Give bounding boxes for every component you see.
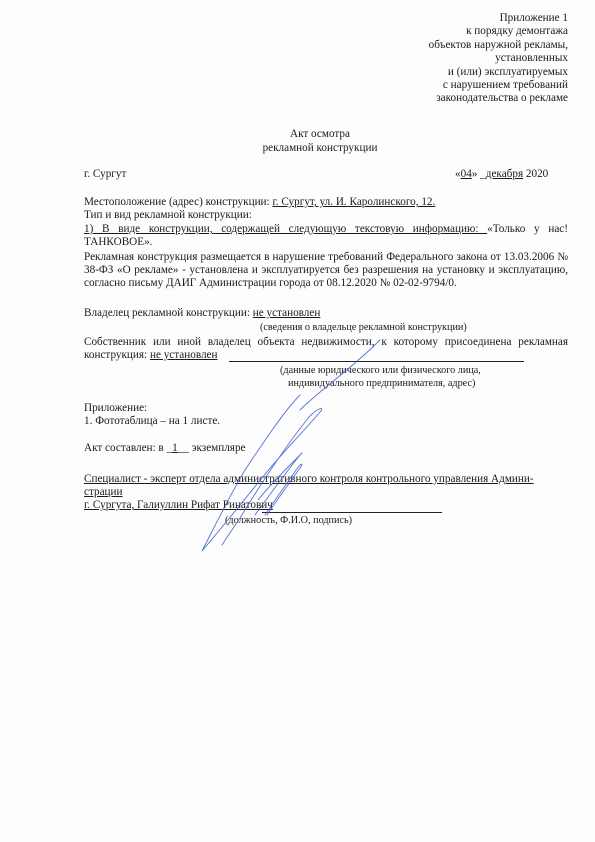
- owner-row: Владелец рекламной конструкции: не устан…: [84, 307, 320, 320]
- owner-value: не установлен: [253, 307, 321, 319]
- owner-caption: (сведения о владельце рекламной конструк…: [260, 321, 467, 334]
- copies-row: Акт составлен: в _1__ экземпляре: [84, 442, 246, 455]
- attachment-item: 1. Фототаблица – на 1 листе.: [84, 415, 220, 428]
- document-title: Акт осмотра рекламной конструкции: [0, 128, 595, 155]
- attachments-label: Приложение:: [84, 402, 147, 415]
- property-owner-caption-1: (данные юридического или физического лиц…: [280, 364, 481, 377]
- copies-suffix: __ экземпляре: [178, 442, 246, 454]
- appendix-line: установленных: [429, 52, 568, 65]
- signature-fill-line: [262, 512, 442, 513]
- type-description-underlined: 1) В виде конструкции, содержащей следую…: [84, 223, 487, 235]
- inspector-name: г. Сургута, Галиуллин Рифат Ринатович: [84, 499, 273, 512]
- appendix-line: к порядку демонтажа: [429, 25, 568, 38]
- copies-prefix: Акт составлен: в _: [84, 442, 172, 454]
- title-line-2: рекламной конструкции: [0, 142, 595, 156]
- type-label: Тип и вид рекламной конструкции:: [84, 209, 252, 222]
- inspector-position-line-2: страции: [84, 486, 123, 499]
- date-close-quote: » _: [472, 168, 486, 180]
- property-owner-caption-2: индивидуального предпринимателя, адрес): [288, 377, 475, 390]
- document-page: Приложение 1 к порядку демонтажа объекто…: [0, 0, 595, 842]
- appendix-line: с нарушением требований: [429, 79, 568, 92]
- city-label: г. Сургут: [84, 168, 126, 181]
- property-owner-fill-line: [229, 361, 524, 362]
- title-line-1: Акт осмотра: [0, 128, 595, 142]
- appendix-line: законодательства о рекламе: [429, 92, 568, 105]
- appendix-header: Приложение 1 к порядку демонтажа объекто…: [429, 12, 568, 106]
- act-date: «04» _декабря 2020: [455, 168, 548, 181]
- appendix-line: и (или) эксплуатируемых: [429, 66, 568, 79]
- location-value: г. Сургут, ул. И. Каролинского, 12.: [272, 196, 435, 208]
- inspector-position-line-1: Специалист - эксперт отдела администрати…: [84, 473, 534, 486]
- date-day: 04: [461, 168, 472, 180]
- property-owner-value: не установлен: [150, 349, 218, 361]
- date-month: декабря: [486, 168, 523, 180]
- appendix-line: объектов наружной рекламы,: [429, 39, 568, 52]
- date-year: 2020: [523, 168, 548, 180]
- violation-paragraph: Рекламная конструкция размещается в нару…: [84, 251, 568, 290]
- type-description: 1) В виде конструкции, содержащей следую…: [84, 223, 568, 249]
- property-owner-row: Собственник или иной владелец объекта не…: [84, 336, 568, 362]
- inspector-caption: (должность, Ф.И.О, подпись): [225, 514, 352, 527]
- location-label: Местоположение (адрес) конструкции:: [84, 196, 272, 208]
- owner-label: Владелец рекламной конструкции:: [84, 307, 253, 319]
- appendix-line: Приложение 1: [429, 12, 568, 25]
- location-row: Местоположение (адрес) конструкции: г. С…: [84, 196, 435, 209]
